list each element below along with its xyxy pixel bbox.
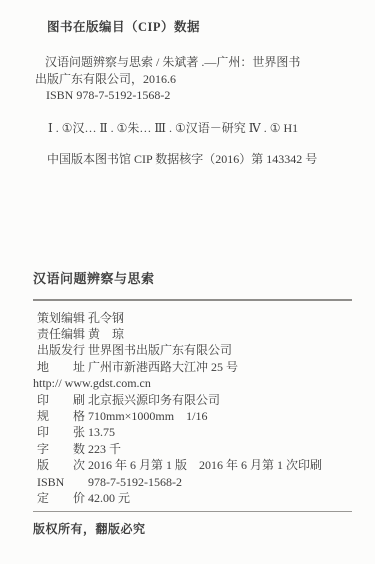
- copyright-notice: 版权所有，翻版必究: [33, 520, 352, 537]
- detail-label: 印 张: [37, 424, 88, 440]
- detail-row: 印 刷 北京振兴源印务有限公司: [33, 392, 352, 408]
- detail-value: 广州市新港西路大江冲 25 号: [88, 359, 352, 375]
- detail-label: 规 格: [37, 408, 88, 424]
- publication-details-list: 策划编辑 孔令钢 责任编辑 黄 琼 出版发行 世界图书出版广东有限公司 地 址 …: [33, 310, 352, 507]
- detail-value: 13.75: [88, 424, 352, 440]
- detail-label: 定 价: [37, 490, 88, 506]
- detail-row: http:// www.gdst.com.cn: [33, 375, 352, 391]
- detail-value: 978-7-5192-1568-2: [88, 474, 352, 490]
- detail-row: 印 张 13.75: [33, 424, 352, 440]
- detail-row: 版 次 2016 年 6 月第 1 版 2016 年 6 月第 1 次印刷: [33, 457, 352, 473]
- detail-label: 版 次: [37, 457, 88, 473]
- cip-registration-line: 中国版本图书馆 CIP 数据核字（2016）第 143342 号: [33, 151, 352, 168]
- detail-label: 地 址: [37, 359, 88, 375]
- detail-value: 2016 年 6 月第 1 版 2016 年 6 月第 1 次印刷: [88, 457, 352, 473]
- footer-divider: [33, 511, 352, 512]
- detail-row: 规 格 710mm×1000mm 1/16: [33, 408, 352, 424]
- cip-description: 汉语问题辨察与思索 / 朱斌著 .—广州：世界图书 出版广东有限公司，2016.…: [33, 54, 352, 104]
- cip-classification-line: Ⅰ . ①汉… Ⅱ . ①朱… Ⅲ . ①汉语－研究 Ⅳ . ① H1: [33, 120, 352, 137]
- cip-publisher-line: 出版广东有限公司，2016.6: [33, 71, 352, 88]
- cip-isbn-line: ISBN 978-7-5192-1568-2: [33, 87, 352, 104]
- cip-title-line: 汉语问题辨察与思索 / 朱斌著 .—广州：世界图书: [33, 54, 352, 71]
- detail-value: 黄 琼: [88, 326, 352, 342]
- detail-label: 字 数: [37, 441, 88, 457]
- detail-label: 策划编辑: [37, 310, 88, 326]
- detail-label: 印 刷: [37, 392, 88, 408]
- cip-header: 图书在版编目（CIP）数据: [47, 19, 352, 35]
- detail-row: 出版发行 世界图书出版广东有限公司: [33, 342, 352, 358]
- copyright-page: 图书在版编目（CIP）数据 汉语问题辨察与思索 / 朱斌著 .—广州：世界图书 …: [0, 0, 375, 564]
- detail-value: 北京振兴源印务有限公司: [88, 392, 352, 408]
- detail-value: 710mm×1000mm 1/16: [88, 408, 352, 424]
- title-divider: [33, 299, 352, 301]
- detail-value: 42.00 元: [88, 490, 352, 506]
- detail-row: ISBN 978-7-5192-1568-2: [33, 474, 352, 490]
- detail-value: 223 千: [88, 441, 352, 457]
- detail-row: 责任编辑 黄 琼: [33, 326, 352, 342]
- detail-row: 策划编辑 孔令钢: [33, 310, 352, 326]
- detail-value: http:// www.gdst.com.cn: [33, 375, 352, 391]
- book-title: 汉语问题辨察与思索: [33, 271, 352, 287]
- detail-label: ISBN: [37, 474, 88, 490]
- detail-row: 地 址 广州市新港西路大江冲 25 号: [33, 359, 352, 375]
- detail-value: 世界图书出版广东有限公司: [88, 342, 352, 358]
- detail-value: 孔令钢: [88, 310, 352, 326]
- detail-label: 责任编辑: [37, 326, 88, 342]
- detail-row: 字 数 223 千: [33, 441, 352, 457]
- detail-row: 定 价 42.00 元: [33, 490, 352, 506]
- detail-label: 出版发行: [37, 342, 88, 358]
